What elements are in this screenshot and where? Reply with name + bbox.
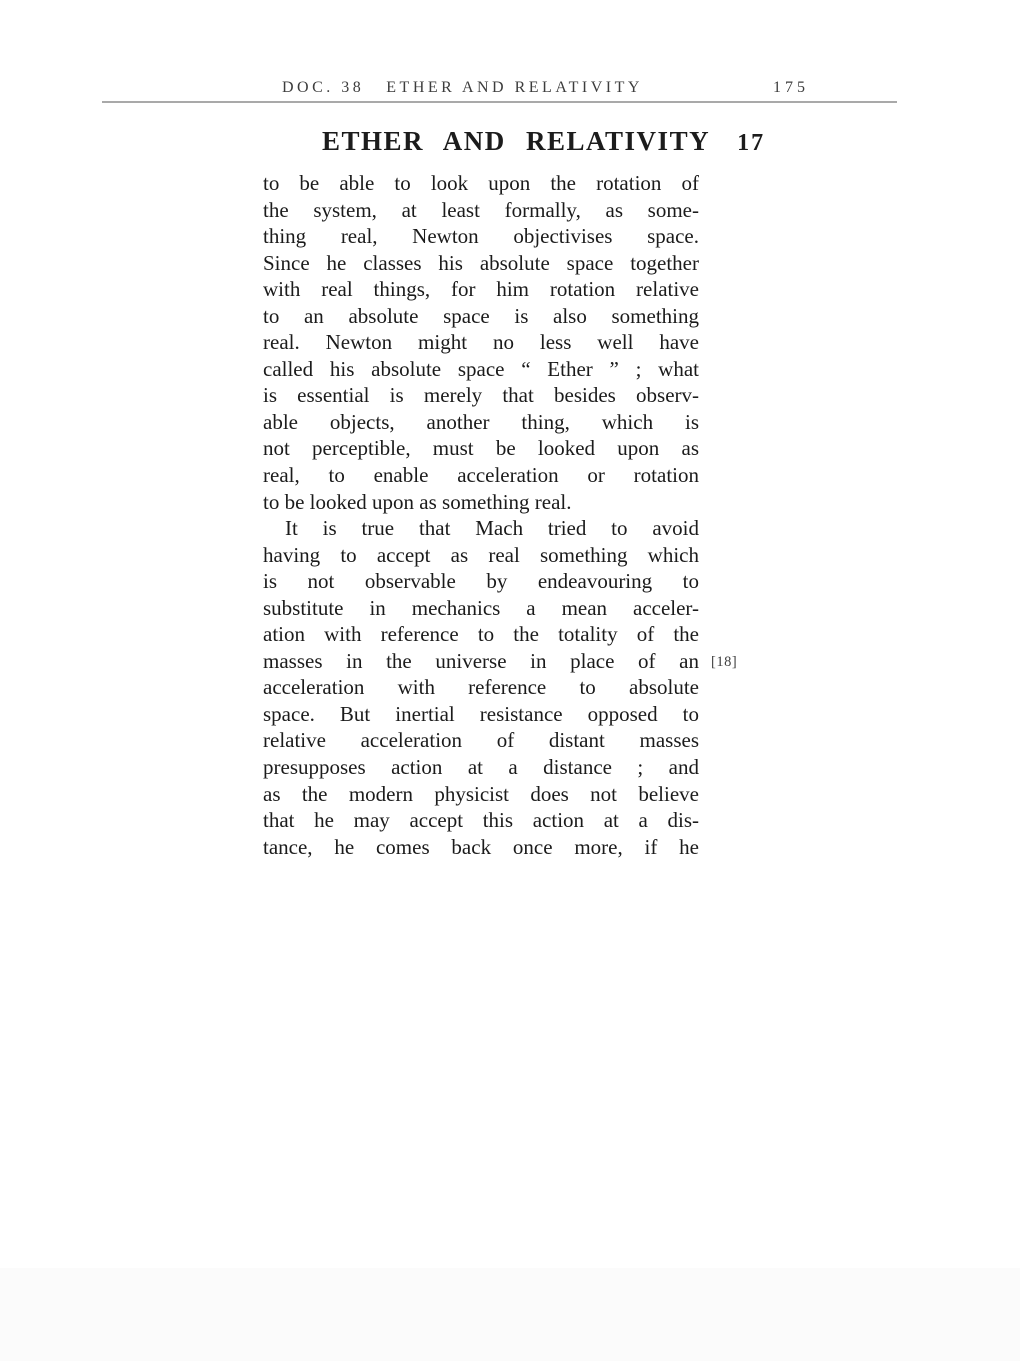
body-text-line: relative acceleration of distant masses [263,727,699,754]
body-text-line: real, to enable acceleration or rotation [263,462,699,489]
body-text-line: presupposes action at a distance ; and [263,754,699,781]
body-text: to be able to look upon the rotation oft… [263,170,699,860]
body-text-line: to be looked upon as something real. [263,489,699,516]
body-text-line: tance, he comes back once more, if he [263,834,699,861]
chapter-title-text: ETHER AND RELATIVITY [322,126,710,156]
body-text-line: ation with reference to the totality of … [263,621,699,648]
body-text-line: that he may accept this action at a dis- [263,807,699,834]
body-text-line: thing real, Newton objectivises space. [263,223,699,250]
body-text-line: having to accept as real something which [263,542,699,569]
body-text-line: is essential is merely that besides obse… [263,382,699,409]
margin-annotation: [18] [711,654,737,671]
body-text-line: with real things, for him rotation relat… [263,276,699,303]
body-text-line: masses in the universe in place of an [263,648,699,675]
header-rule [102,101,897,103]
running-header: DOC. 38ETHER AND RELATIVITY [282,79,643,97]
scanned-book-page: DOC. 38ETHER AND RELATIVITY 175 ETHER AN… [0,0,1020,1361]
body-text-line: not perceptible, must be looked upon as [263,435,699,462]
chapter-page-number: 17 [737,130,765,156]
running-title: ETHER AND RELATIVITY [386,79,643,96]
body-text-line: to an absolute space is also something [263,303,699,330]
body-text-line: acceleration with reference to absolute [263,674,699,701]
body-text-line: Since he classes his absolute space toge… [263,250,699,277]
doc-number-label: DOC. 38 [282,79,364,96]
body-text-line: is not observable by endeavouring to [263,568,699,595]
body-text-line: as the modern physicist does not believe [263,781,699,808]
body-text-line: the system, at least formally, as some- [263,197,699,224]
body-text-line: called his absolute space “ Ether ” ; wh… [263,356,699,383]
chapter-title: ETHER AND RELATIVITY17 [322,126,765,157]
body-text-line: to be able to look upon the rotation of [263,170,699,197]
body-text-line: substitute in mechanics a mean acceler- [263,595,699,622]
page-number: 175 [773,79,809,97]
body-text-line: able objects, another thing, which is [263,409,699,436]
footer-band [0,1268,1020,1361]
body-text-line: It is true that Mach tried to avoid [263,515,699,542]
body-text-line: space. But inertial resistance opposed t… [263,701,699,728]
body-text-line: real. Newton might no less well have [263,329,699,356]
